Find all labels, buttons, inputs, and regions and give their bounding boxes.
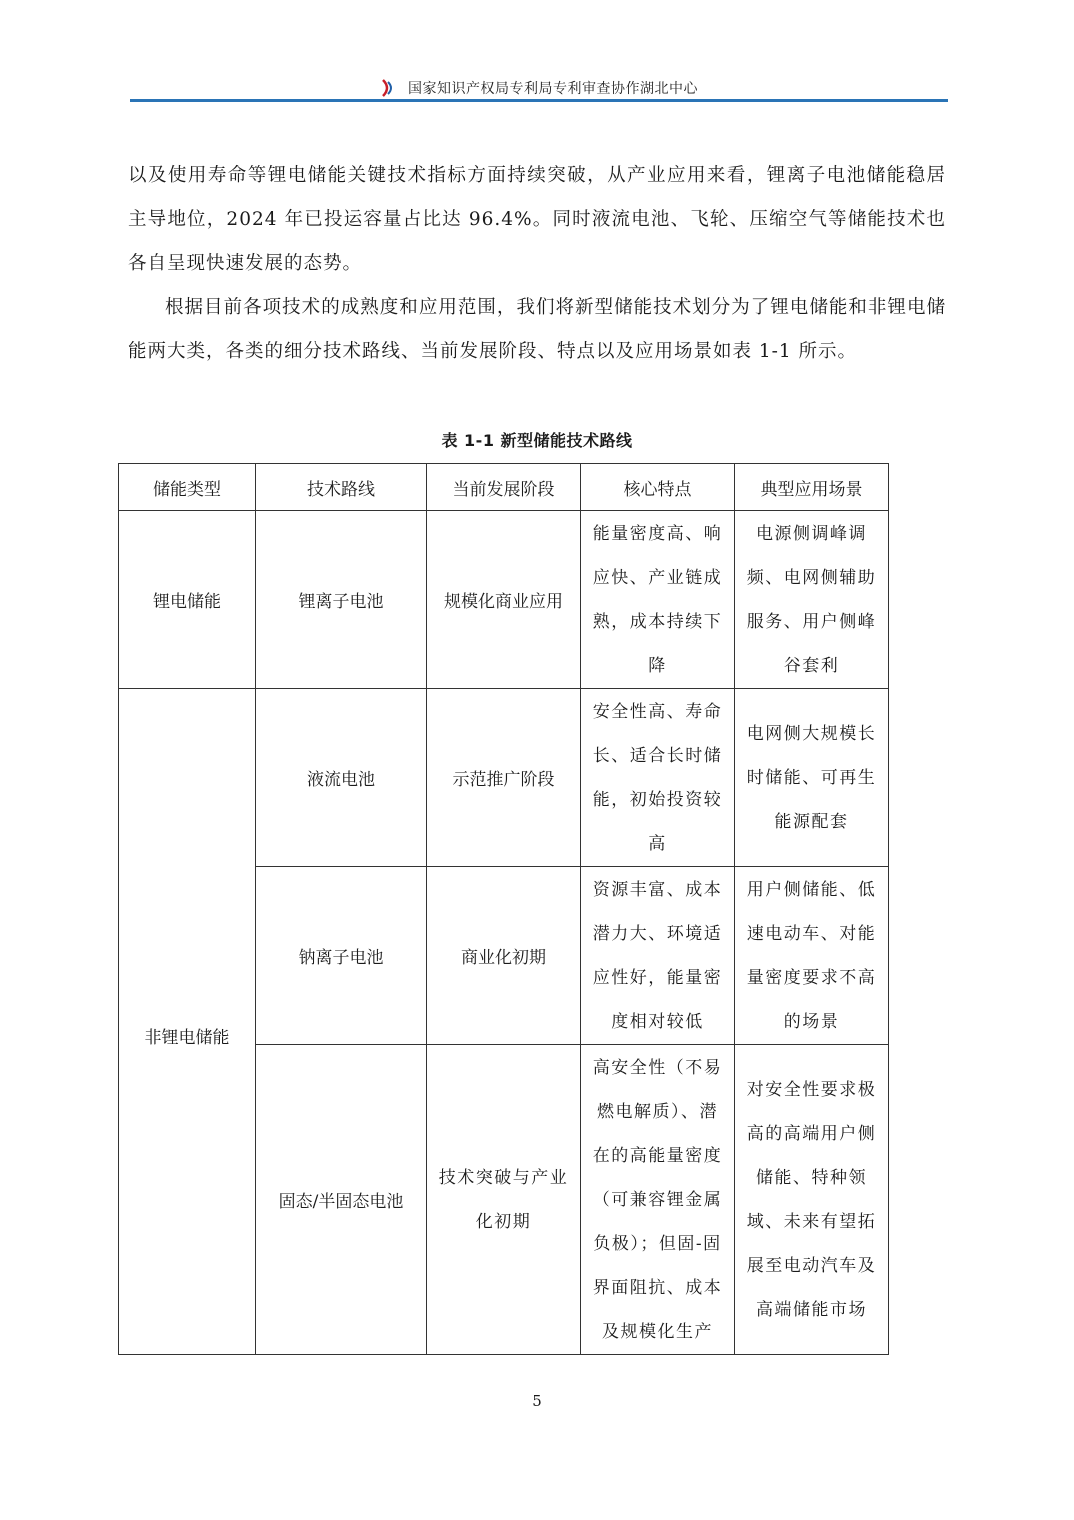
header-category: 储能类型 [119,464,256,511]
category-label: 非锂电储能 [119,1023,255,1348]
page-header: 国家知识产权局专利局专利审查协作湖北中心 [130,74,948,102]
table-row: 非锂电储能 液流电池 示范推广阶段 安全性高、寿命长、适合长时储能，初始投资较高… [119,689,889,867]
cell-category: 锂电储能 [119,511,256,689]
cell-route: 钠离子电池 [256,867,427,1045]
page-number: 5 [0,1392,1074,1410]
header-divider [130,99,948,102]
paragraph-2: 根据目前各项技术的成熟度和应用范围，我们将新型储能技术划分为了锂电储能和非锂电储… [128,286,946,374]
cell-scenarios: 电网侧大规模长时储能、可再生能源配套 [735,689,889,867]
cell-stage: 商业化初期 [427,867,581,1045]
organization-logo-icon [380,78,396,98]
cell-route: 锂离子电池 [256,511,427,689]
cell-features: 高安全性（不易燃电解质）、潜在的高能量密度（可兼容锂金属负极）；但固-固界面阻抗… [581,1045,735,1355]
organization-name: 国家知识产权局专利局专利审查协作湖北中心 [408,78,698,98]
cell-features: 安全性高、寿命长、适合长时储能，初始投资较高 [581,689,735,867]
header-scenarios: 典型应用场景 [735,464,889,511]
paragraph-1: 以及使用寿命等锂电储能关键技术指标方面持续突破，从产业应用来看，锂离子电池储能稳… [128,154,946,286]
table-row: 锂电储能 锂离子电池 规模化商业应用 能量密度高、响应快、产业链成熟，成本持续下… [119,511,889,689]
cell-route: 固态/半固态电池 [256,1045,427,1355]
cell-stage: 技术突破与产业化初期 [427,1045,581,1355]
header-route: 技术路线 [256,464,427,511]
cell-features: 能量密度高、响应快、产业链成熟，成本持续下降 [581,511,735,689]
storage-technology-table: 储能类型 技术路线 当前发展阶段 核心特点 典型应用场景 锂电储能 锂离子电池 … [118,463,889,1355]
cell-route: 液流电池 [256,689,427,867]
cell-scenarios: 用户侧储能、低速电动车、对能量密度要求不高的场景 [735,867,889,1045]
cell-scenarios: 对安全性要求极高的高端用户侧储能、特种领域、未来有望拓展至电动汽车及高端储能市场 [735,1045,889,1355]
cell-stage: 示范推广阶段 [427,689,581,867]
table-caption: 表 1-1 新型储能技术路线 [0,428,1074,451]
cell-category: 非锂电储能 [119,689,256,1355]
cell-stage: 规模化商业应用 [427,511,581,689]
table-header-row: 储能类型 技术路线 当前发展阶段 核心特点 典型应用场景 [119,464,889,511]
cell-features: 资源丰富、成本潜力大、环境适应性好，能量密度相对较低 [581,867,735,1045]
cell-scenarios: 电源侧调峰调频、电网侧辅助服务、用户侧峰谷套利 [735,511,889,689]
header-features: 核心特点 [581,464,735,511]
header-stage: 当前发展阶段 [427,464,581,511]
